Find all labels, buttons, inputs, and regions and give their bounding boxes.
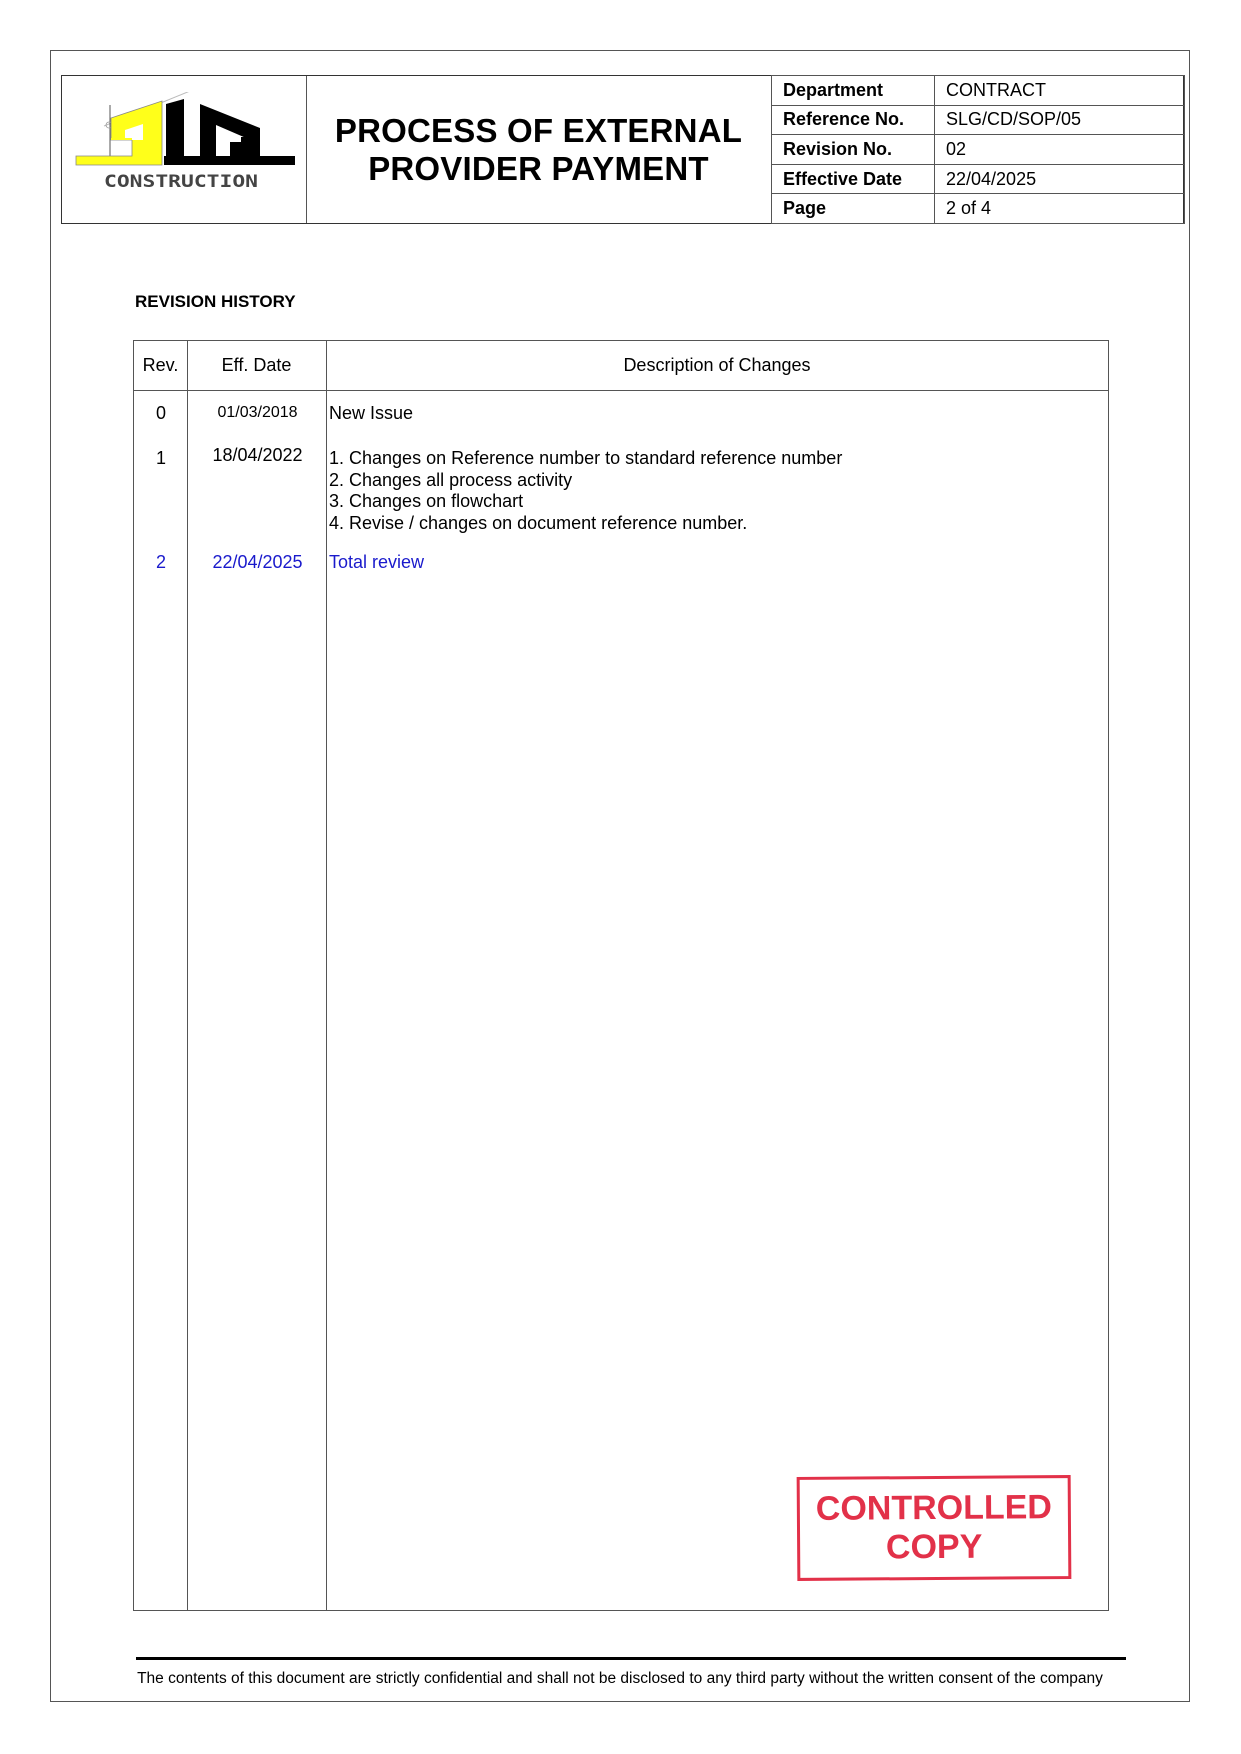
header-divider: [134, 390, 1108, 391]
column-header-description: Description of Changes: [326, 341, 1108, 390]
info-label: Page: [772, 194, 935, 224]
rev-number: 2: [134, 552, 188, 573]
effective-date: 18/04/2022: [188, 445, 327, 466]
change-description: New Issue: [329, 403, 413, 425]
info-row-effective-date: Effective Date 22/04/2025: [772, 164, 1185, 194]
change-line: 1. Changes on Reference number to standa…: [329, 448, 842, 470]
logo-cell: CONSTRUCTION: [62, 76, 307, 223]
confidentiality-notice: The contents of this document are strict…: [50, 1670, 1190, 1688]
column-divider: [187, 341, 188, 1610]
title-line-2: PROVIDER PAYMENT: [335, 150, 742, 188]
info-value: 02: [935, 135, 1185, 165]
change-line: 2. Changes all process activity: [329, 470, 842, 492]
info-row-reference: Reference No. SLG/CD/SOP/05: [772, 105, 1185, 135]
document-title: PROCESS OF EXTERNAL PROVIDER PAYMENT: [306, 76, 771, 223]
info-value: 2 of 4: [935, 194, 1185, 224]
info-label: Effective Date: [772, 164, 935, 194]
revision-history-table: Rev. Eff. Date Description of Changes 0 …: [133, 340, 1109, 1611]
info-label: Revision No.: [772, 135, 935, 165]
effective-date: 01/03/2018: [188, 404, 327, 422]
info-label: Reference No.: [772, 105, 935, 135]
document-header: CONSTRUCTION PROCESS OF EXTERNAL PROVIDE…: [61, 75, 1184, 224]
svg-text:CONSTRUCTION: CONSTRUCTION: [104, 172, 258, 192]
stamp-line-1: CONTROLLED: [800, 1488, 1068, 1529]
rev-number: 0: [134, 403, 188, 424]
info-row-department: Department CONTRACT: [772, 76, 1185, 106]
effective-date: 22/04/2025: [188, 552, 327, 573]
change-line: 3. Changes on flowchart: [329, 491, 842, 513]
stamp-line-2: COPY: [800, 1527, 1068, 1568]
section-title: REVISION HISTORY: [135, 292, 296, 312]
title-line-1: PROCESS OF EXTERNAL: [335, 112, 742, 150]
column-header-date: Eff. Date: [187, 341, 326, 390]
change-line: 4. Revise / changes on document referenc…: [329, 513, 842, 535]
change-description: 1. Changes on Reference number to standa…: [329, 448, 842, 534]
rev-number: 1: [134, 448, 188, 469]
info-value: 22/04/2025: [935, 164, 1185, 194]
info-value: SLG/CD/SOP/05: [935, 105, 1185, 135]
slg-construction-logo: CONSTRUCTION: [70, 92, 295, 207]
column-header-rev: Rev.: [134, 341, 187, 390]
controlled-copy-stamp: CONTROLLED COPY: [797, 1475, 1072, 1581]
change-line: Total review: [329, 552, 424, 574]
info-label: Department: [772, 76, 935, 106]
change-line: New Issue: [329, 403, 413, 425]
column-divider: [326, 341, 327, 1610]
document-info-table: Department CONTRACT Reference No. SLG/CD…: [771, 75, 1185, 224]
change-description: Total review: [329, 552, 424, 574]
info-value: CONTRACT: [935, 76, 1185, 106]
footer-divider: [136, 1657, 1126, 1660]
info-row-page: Page 2 of 4: [772, 194, 1185, 224]
info-row-revision: Revision No. 02: [772, 135, 1185, 165]
